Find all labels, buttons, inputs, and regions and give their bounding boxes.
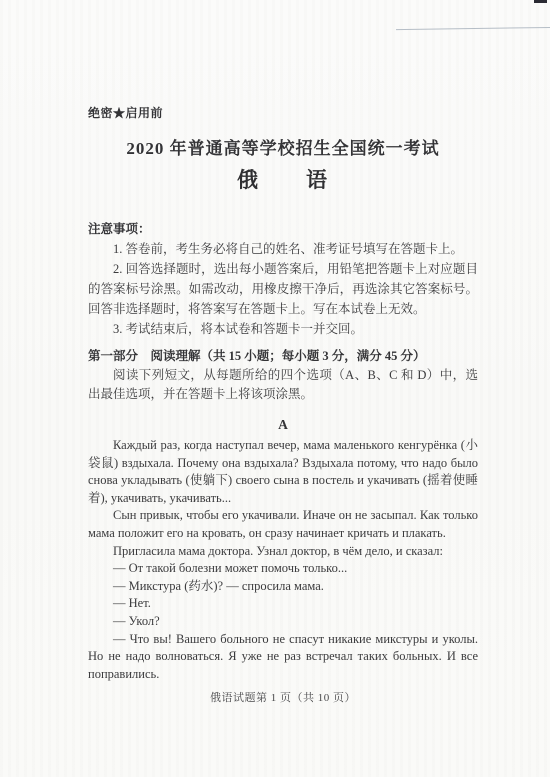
passage-dialogue-line-3: — Нет. <box>88 595 478 613</box>
notice-item-3: 3. 考试结束后，将本试卷和答题卡一并交回。 <box>88 319 478 339</box>
notice-list: 1. 答卷前，考生务必将自己的姓名、准考证号填写在答题卡上。 2. 回答选择题时… <box>88 239 478 339</box>
reading-passage: Каждый раз, когда наступал вечер, мама м… <box>88 437 478 683</box>
notice-item-1: 1. 答卷前，考生务必将自己的姓名、准考证号填写在答题卡上。 <box>88 239 478 259</box>
scanned-exam-page: { "header": { "classification": "绝密★启用前"… <box>0 0 550 777</box>
scan-artifact-corner-mark <box>534 0 547 3</box>
exam-page-content: 绝密★启用前 2020 年普通高等学校招生全国统一考试 俄 语 注意事项： 1.… <box>88 0 478 705</box>
notice-item-2: 2. 回答选择题时，选出每小题答案后，用铅笔把答题卡上对应题目的答案标号涂黑。如… <box>88 259 478 319</box>
passage-dialogue-line-5: — Что вы! Вашего больного не спасут ника… <box>88 631 478 684</box>
passage-label: A <box>88 417 478 433</box>
section-instructions: 阅读下列短文，从每题所给的四个选项（A、B、C 和 D）中，选出最佳选项，并在答… <box>88 366 478 404</box>
classification-banner: 绝密★启用前 <box>88 104 478 121</box>
passage-paragraph-3: Пригласила мама доктора. Узнал доктор, в… <box>88 543 478 561</box>
passage-paragraph-1: Каждый раз, когда наступал вечер, мама м… <box>88 437 478 507</box>
exam-title: 2020 年普通高等学校招生全国统一考试 <box>88 134 478 159</box>
notice-heading: 注意事项： <box>88 219 478 239</box>
passage-dialogue-line-4: — Укол? <box>88 613 478 631</box>
passage-dialogue-line-1: — От такой болезни может помочь только..… <box>88 560 478 578</box>
passage-paragraph-2: Сын привык, чтобы его укачивали. Иначе о… <box>88 507 478 542</box>
page-number-footer: 俄语试题第 1 页（共 10 页） <box>88 689 478 705</box>
section-heading: 第一部分 阅读理解（共 15 小题；每小题 3 分，满分 45 分） <box>88 346 478 366</box>
passage-dialogue-line-2: — Микстура (药水)? — спросила мама. <box>88 578 478 596</box>
subject-title: 俄 语 <box>88 164 478 194</box>
